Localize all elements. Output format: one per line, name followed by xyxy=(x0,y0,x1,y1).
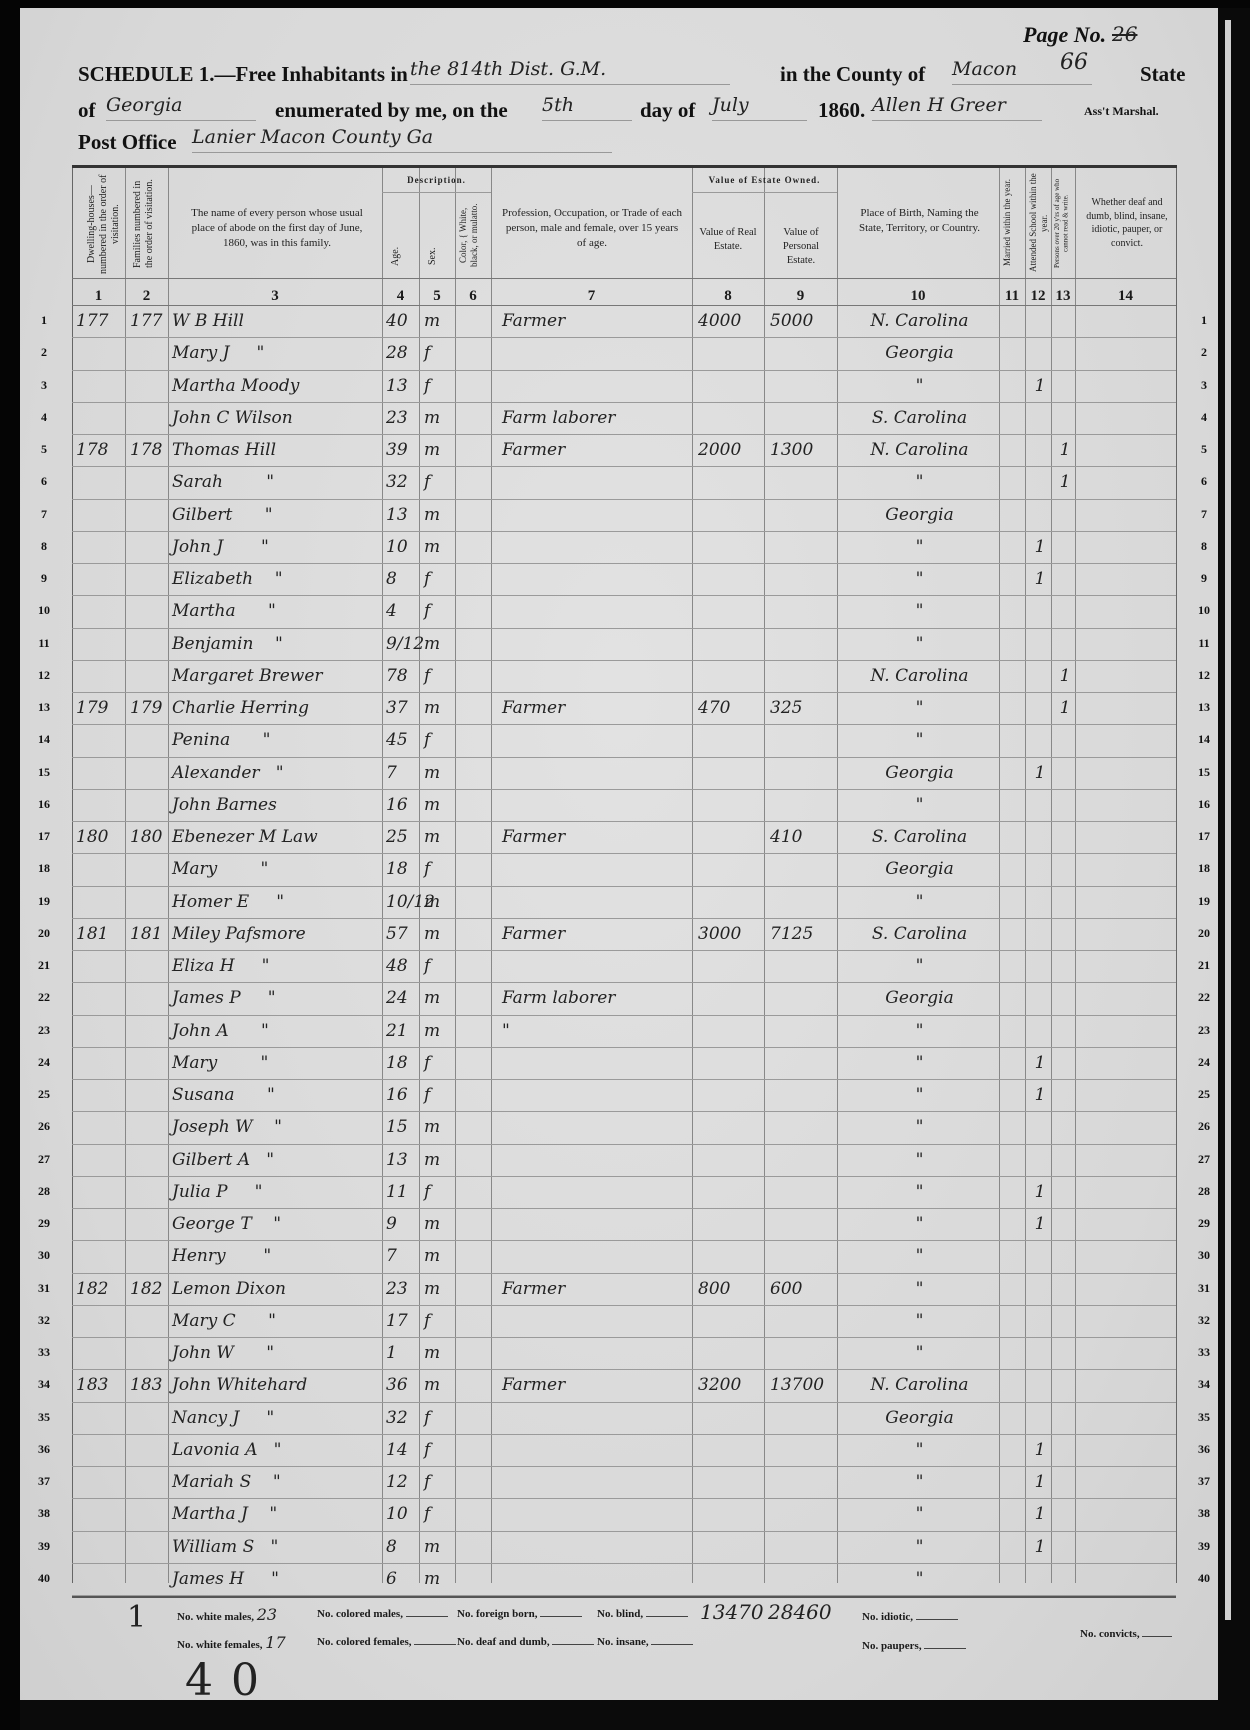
birthplace: " xyxy=(842,376,997,396)
row-number: 19 xyxy=(1192,894,1216,909)
sex: m xyxy=(424,1569,452,1589)
row-divider xyxy=(72,1144,1176,1145)
row-number: 7 xyxy=(1192,507,1216,522)
age: 10 xyxy=(386,537,420,557)
row-divider xyxy=(72,1531,1176,1532)
post-office-field: Lanier Macon County Ga xyxy=(192,126,612,153)
person-name: John W " xyxy=(172,1343,387,1363)
row-divider xyxy=(72,1208,1176,1209)
age: 78 xyxy=(386,666,420,686)
age: 14 xyxy=(386,1440,420,1460)
age: 4 xyxy=(386,601,420,621)
person-name: Ebenezer M Law xyxy=(172,827,387,847)
birthplace: Georgia xyxy=(842,343,997,363)
row-divider xyxy=(72,724,1176,725)
row-number: 29 xyxy=(1192,1216,1216,1231)
age: 23 xyxy=(386,1279,420,1299)
real-estate-value: 2000 xyxy=(698,440,762,460)
sex: m xyxy=(424,1375,452,1395)
cannot-read-write: 1 xyxy=(1055,666,1075,686)
age: 16 xyxy=(386,795,420,815)
sex: f xyxy=(424,1182,452,1202)
row-number: 33 xyxy=(1192,1345,1216,1360)
age: 21 xyxy=(386,1021,420,1041)
age: 10/12 xyxy=(386,892,420,912)
cannot-read-write: 1 xyxy=(1055,440,1075,460)
row-number: 16 xyxy=(1192,797,1216,812)
sex: m xyxy=(424,634,452,654)
col-number: 11 xyxy=(999,288,1025,305)
family-number: 183 xyxy=(130,1375,170,1395)
person-name: Mary " xyxy=(172,859,387,879)
row-divider xyxy=(72,402,1176,403)
dwelling-number: 179 xyxy=(76,698,124,718)
row-divider xyxy=(72,563,1176,564)
row-number: 14 xyxy=(32,732,56,747)
sex: m xyxy=(424,311,452,331)
occupation: Farmer xyxy=(502,698,687,718)
sex: m xyxy=(424,924,452,944)
age: 39 xyxy=(386,440,420,460)
sex: f xyxy=(424,1440,452,1460)
row-divider xyxy=(72,1305,1176,1306)
scan-border xyxy=(1218,8,1250,1730)
sex: m xyxy=(424,1537,452,1557)
row-number: 25 xyxy=(1192,1087,1216,1102)
row-number: 18 xyxy=(32,861,56,876)
row-number: 30 xyxy=(1192,1248,1216,1263)
row-number: 20 xyxy=(32,926,56,941)
person-name: Benjamin " xyxy=(172,634,387,654)
personal-estate-value: 5000 xyxy=(770,311,834,331)
age: 13 xyxy=(386,505,420,525)
sex: f xyxy=(424,730,452,750)
birthplace: " xyxy=(842,698,997,718)
col-number: 14 xyxy=(1075,288,1176,305)
white-males-label: No. white males, 23 xyxy=(177,1605,277,1624)
real-estate-value: 470 xyxy=(698,698,762,718)
col-number: 5 xyxy=(419,288,455,305)
birthplace: " xyxy=(842,569,997,589)
family-number: 179 xyxy=(130,698,170,718)
age: 17 xyxy=(386,1311,420,1331)
row-number: 29 xyxy=(32,1216,56,1231)
person-name: John Whitehard xyxy=(172,1375,387,1395)
age: 48 xyxy=(386,956,420,976)
col-number: 3 xyxy=(168,288,382,305)
attended-school: 1 xyxy=(1030,569,1050,589)
row-divider xyxy=(72,660,1176,661)
birthplace: " xyxy=(842,1117,997,1137)
person-name: Elizabeth " xyxy=(172,569,387,589)
age: 13 xyxy=(386,1150,420,1170)
age: 32 xyxy=(386,472,420,492)
birthplace: " xyxy=(842,795,997,815)
row-divider xyxy=(72,1595,1176,1596)
row-number: 5 xyxy=(32,442,56,457)
row-number: 35 xyxy=(1192,1410,1216,1425)
birthplace: " xyxy=(842,956,997,976)
row-number: 39 xyxy=(32,1539,56,1554)
birthplace: N. Carolina xyxy=(842,1375,997,1395)
person-name: Lemon Dixon xyxy=(172,1279,387,1299)
row-number: 5 xyxy=(1192,442,1216,457)
occupation: Farm laborer xyxy=(502,408,687,428)
page-total-count: 40 xyxy=(185,1655,277,1706)
person-name: Charlie Herring xyxy=(172,698,387,718)
col-number: 9 xyxy=(764,288,837,305)
row-number: 15 xyxy=(1192,765,1216,780)
sex: f xyxy=(424,1408,452,1428)
col-number: 6 xyxy=(455,288,491,305)
paupers-label: No. paupers, xyxy=(862,1640,966,1652)
census-table: Dwelling-houses—numbered in the order of… xyxy=(72,165,1177,1583)
attended-school: 1 xyxy=(1030,763,1050,783)
row-divider xyxy=(72,918,1176,919)
page-number-label: Page No. xyxy=(1023,22,1106,48)
birthplace: " xyxy=(842,1150,997,1170)
age: 8 xyxy=(386,569,420,589)
row-number: 34 xyxy=(1192,1377,1216,1392)
age: 9 xyxy=(386,1214,420,1234)
age: 25 xyxy=(386,827,420,847)
sex: f xyxy=(424,376,452,396)
age: 8 xyxy=(386,1537,420,1557)
dwelling-number: 183 xyxy=(76,1375,124,1395)
birthplace: Georgia xyxy=(842,1408,997,1428)
schedule-title: SCHEDULE 1.—Free Inhabitants in xyxy=(78,62,408,87)
row-divider xyxy=(72,1047,1176,1048)
row-divider xyxy=(72,1015,1176,1016)
col-header-estate: Value of Estate Owned. xyxy=(692,174,837,186)
family-number: 182 xyxy=(130,1279,170,1299)
row-number: 30 xyxy=(32,1248,56,1263)
birthplace: " xyxy=(842,1182,997,1202)
birthplace: " xyxy=(842,537,997,557)
sex: m xyxy=(424,1279,452,1299)
personal-estate-value: 13700 xyxy=(770,1375,834,1395)
row-number: 26 xyxy=(32,1119,56,1134)
row-number: 25 xyxy=(32,1087,56,1102)
sex: f xyxy=(424,666,452,686)
white-males-value: 23 xyxy=(257,1605,277,1624)
attended-school: 1 xyxy=(1030,1472,1050,1492)
person-name: Mary C " xyxy=(172,1311,387,1331)
age: 15 xyxy=(386,1117,420,1137)
personal-estate-value: 7125 xyxy=(770,924,834,944)
attended-school: 1 xyxy=(1030,1214,1050,1234)
row-number: 38 xyxy=(32,1506,56,1521)
age: 13 xyxy=(386,376,420,396)
row-number: 6 xyxy=(32,474,56,489)
age: 28 xyxy=(386,343,420,363)
row-number: 33 xyxy=(32,1345,56,1360)
row-number: 11 xyxy=(32,636,56,651)
sex: m xyxy=(424,827,452,847)
sex: f xyxy=(424,1053,452,1073)
attended-school: 1 xyxy=(1030,376,1050,396)
row-number: 21 xyxy=(32,958,56,973)
person-name: Lavonia A " xyxy=(172,1440,387,1460)
post-office-label: Post Office xyxy=(78,130,177,155)
person-name: James P " xyxy=(172,988,387,1008)
person-name: Susana " xyxy=(172,1085,387,1105)
row-divider xyxy=(72,886,1176,887)
row-number: 10 xyxy=(1192,603,1216,618)
sex: f xyxy=(424,1472,452,1492)
row-divider xyxy=(72,1498,1176,1499)
row-divider xyxy=(72,821,1176,822)
person-name: John J " xyxy=(172,537,387,557)
row-number: 32 xyxy=(32,1313,56,1328)
row-divider xyxy=(72,434,1176,435)
row-divider xyxy=(72,1466,1176,1467)
person-name: Margaret Brewer xyxy=(172,666,387,686)
row-number: 28 xyxy=(1192,1184,1216,1199)
age: 6 xyxy=(386,1569,420,1589)
row-number: 15 xyxy=(32,765,56,780)
birthplace: " xyxy=(842,601,997,621)
person-name: Julia P " xyxy=(172,1182,387,1202)
col-number: 2 xyxy=(125,288,168,305)
row-number: 36 xyxy=(32,1442,56,1457)
row-divider xyxy=(72,950,1176,951)
occupation: Farmer xyxy=(502,1375,687,1395)
white-females-value: 17 xyxy=(265,1633,285,1652)
row-divider xyxy=(72,692,1176,693)
row-divider xyxy=(72,853,1176,854)
col-number: 8 xyxy=(692,288,764,305)
person-name: Eliza H " xyxy=(172,956,387,976)
deaf-dumb-label: No. deaf and dumb, xyxy=(457,1636,594,1648)
row-number: 27 xyxy=(1192,1152,1216,1167)
row-number: 10 xyxy=(32,603,56,618)
person-name: John A " xyxy=(172,1021,387,1041)
sex: m xyxy=(424,1021,452,1041)
sex: m xyxy=(424,408,452,428)
person-name: William S " xyxy=(172,1537,387,1557)
occupation: Farmer xyxy=(502,311,687,331)
col-header-personal-estate: Value of Personal Estate. xyxy=(769,226,833,269)
month-field: July xyxy=(712,94,807,121)
birthplace: " xyxy=(842,1279,997,1299)
cannot-read-write: 1 xyxy=(1055,472,1075,492)
col-header-birthplace: Place of Birth, Naming the State, Territ… xyxy=(847,206,992,236)
personal-estate-total: 28460 xyxy=(768,1600,832,1624)
row-divider xyxy=(72,466,1176,467)
age: 37 xyxy=(386,698,420,718)
dwelling-number: 177 xyxy=(76,311,124,331)
person-name: George T " xyxy=(172,1214,387,1234)
row-divider xyxy=(72,595,1176,596)
family-number: 180 xyxy=(130,827,170,847)
attended-school: 1 xyxy=(1030,1085,1050,1105)
person-name: Alexander " xyxy=(172,763,387,783)
person-name: Penina " xyxy=(172,730,387,750)
row-divider xyxy=(72,1079,1176,1080)
row-number: 23 xyxy=(32,1023,56,1038)
person-name: John Barnes xyxy=(172,795,387,815)
birthplace: " xyxy=(842,1343,997,1363)
occupation: Farmer xyxy=(502,1279,687,1299)
person-name: Miley Pafsmore xyxy=(172,924,387,944)
day-of-label: day of xyxy=(640,98,695,123)
page-number-value: 26 xyxy=(1112,22,1137,46)
col-number: 7 xyxy=(491,288,692,305)
person-name: John C Wilson xyxy=(172,408,387,428)
row-number: 31 xyxy=(1192,1281,1216,1296)
sex: m xyxy=(424,1343,452,1363)
birthplace: " xyxy=(842,892,997,912)
sex: m xyxy=(424,505,452,525)
convicts-label: No. convicts, xyxy=(1080,1628,1172,1640)
age: 1 xyxy=(386,1343,420,1363)
age: 12 xyxy=(386,1472,420,1492)
page-edge xyxy=(1225,20,1231,1620)
birthplace: " xyxy=(842,1085,997,1105)
birthplace: S. Carolina xyxy=(842,827,997,847)
row-number: 39 xyxy=(1192,1539,1216,1554)
foreign-born-label: No. foreign born, xyxy=(457,1608,582,1620)
occupation: Farmer xyxy=(502,440,687,460)
age: 7 xyxy=(386,763,420,783)
of-label: of xyxy=(78,98,96,123)
row-divider xyxy=(72,1563,1176,1564)
col-number: 13 xyxy=(1051,288,1075,305)
col-header-occupation: Profession, Occupation, or Trade of each… xyxy=(502,206,682,251)
row-number: 37 xyxy=(1192,1474,1216,1489)
row-divider xyxy=(72,499,1176,500)
row-number: 26 xyxy=(1192,1119,1216,1134)
row-divider xyxy=(72,1337,1176,1338)
row-number: 1 xyxy=(32,313,56,328)
state-label: State xyxy=(1140,62,1186,87)
state-field: Georgia xyxy=(106,94,256,121)
col-header-illiterate: Persons over 20 y'rs of age who cannot r… xyxy=(1053,172,1073,274)
row-number: 38 xyxy=(1192,1506,1216,1521)
row-number: 20 xyxy=(1192,926,1216,941)
birthplace: Georgia xyxy=(842,988,997,1008)
col-header-disability: Whether deaf and dumb, blind, insane, id… xyxy=(1082,196,1172,250)
dwelling-number: 180 xyxy=(76,827,124,847)
sex: f xyxy=(424,472,452,492)
birthplace: Georgia xyxy=(842,859,997,879)
row-number: 8 xyxy=(32,539,56,554)
birthplace: " xyxy=(842,1214,997,1234)
age: 16 xyxy=(386,1085,420,1105)
marshal-name-field: Allen H Greer xyxy=(872,94,1042,121)
sex: m xyxy=(424,763,452,783)
family-number: 181 xyxy=(130,924,170,944)
row-number: 40 xyxy=(32,1571,56,1586)
birthplace: " xyxy=(842,1504,997,1524)
occupation: Farmer xyxy=(502,924,687,944)
marshal-label: Ass't Marshal. xyxy=(1084,104,1159,119)
person-name: Henry " xyxy=(172,1246,387,1266)
year-label: 1860. xyxy=(818,98,865,123)
sex: f xyxy=(424,956,452,976)
attended-school: 1 xyxy=(1030,1440,1050,1460)
age: 9/12 xyxy=(386,634,420,654)
row-number: 31 xyxy=(32,1281,56,1296)
colored-females-label: No. colored females, xyxy=(317,1636,456,1648)
row-number: 34 xyxy=(32,1377,56,1392)
personal-estate-value: 600 xyxy=(770,1279,834,1299)
row-divider xyxy=(72,1240,1176,1241)
dwelling-number: 178 xyxy=(76,440,124,460)
person-name: Nancy J " xyxy=(172,1408,387,1428)
row-number: 12 xyxy=(1192,668,1216,683)
row-divider xyxy=(72,1402,1176,1403)
age: 32 xyxy=(386,1408,420,1428)
page-overwrite-number: 66 xyxy=(1060,50,1088,75)
birthplace: " xyxy=(842,1537,997,1557)
real-estate-value: 800 xyxy=(698,1279,762,1299)
person-name: Homer E " xyxy=(172,892,387,912)
row-number: 11 xyxy=(1192,636,1216,651)
birthplace: " xyxy=(842,730,997,750)
birthplace: " xyxy=(842,1246,997,1266)
row-number: 27 xyxy=(32,1152,56,1167)
person-name: Gilbert A " xyxy=(172,1150,387,1170)
row-number: 12 xyxy=(32,668,56,683)
row-number: 2 xyxy=(1192,345,1216,360)
occupation: " xyxy=(502,1021,687,1041)
row-number: 9 xyxy=(1192,571,1216,586)
birthplace: Georgia xyxy=(842,505,997,525)
age: 24 xyxy=(386,988,420,1008)
sex: m xyxy=(424,892,452,912)
person-name: Sarah " xyxy=(172,472,387,492)
personal-estate-value: 410 xyxy=(770,827,834,847)
sex: f xyxy=(424,859,452,879)
row-number: 17 xyxy=(1192,829,1216,844)
age: 18 xyxy=(386,1053,420,1073)
age: 23 xyxy=(386,408,420,428)
row-divider xyxy=(72,982,1176,983)
person-name: Martha " xyxy=(172,601,387,621)
row-number: 40 xyxy=(1192,1571,1216,1586)
birthplace: N. Carolina xyxy=(842,440,997,460)
real-estate-value: 4000 xyxy=(698,311,762,331)
row-number: 23 xyxy=(1192,1023,1216,1038)
person-name: Mariah S " xyxy=(172,1472,387,1492)
person-name: Mary " xyxy=(172,1053,387,1073)
row-divider xyxy=(72,1434,1176,1435)
row-number: 14 xyxy=(1192,732,1216,747)
person-name: Joseph W " xyxy=(172,1117,387,1137)
age: 36 xyxy=(386,1375,420,1395)
row-divider xyxy=(72,370,1176,371)
sex: f xyxy=(424,569,452,589)
sex: m xyxy=(424,1214,452,1234)
family-number: 177 xyxy=(130,311,170,331)
col-header-school: Attended School within the year. xyxy=(1028,172,1048,274)
sex: f xyxy=(424,1504,452,1524)
col-header-dwelling: Dwelling-houses—numbered in the order of… xyxy=(86,174,116,274)
row-number: 4 xyxy=(32,410,56,425)
row-number: 3 xyxy=(1192,378,1216,393)
district-field: the 814th Dist. G.M. xyxy=(410,58,730,85)
row-number: 1 xyxy=(1192,313,1216,328)
age: 11 xyxy=(386,1182,420,1202)
sex: m xyxy=(424,1117,452,1137)
birthplace: " xyxy=(842,472,997,492)
col-number: 12 xyxy=(1025,288,1051,305)
person-name: Martha Moody xyxy=(172,376,387,396)
attended-school: 1 xyxy=(1030,537,1050,557)
dwelling-number: 182 xyxy=(76,1279,124,1299)
